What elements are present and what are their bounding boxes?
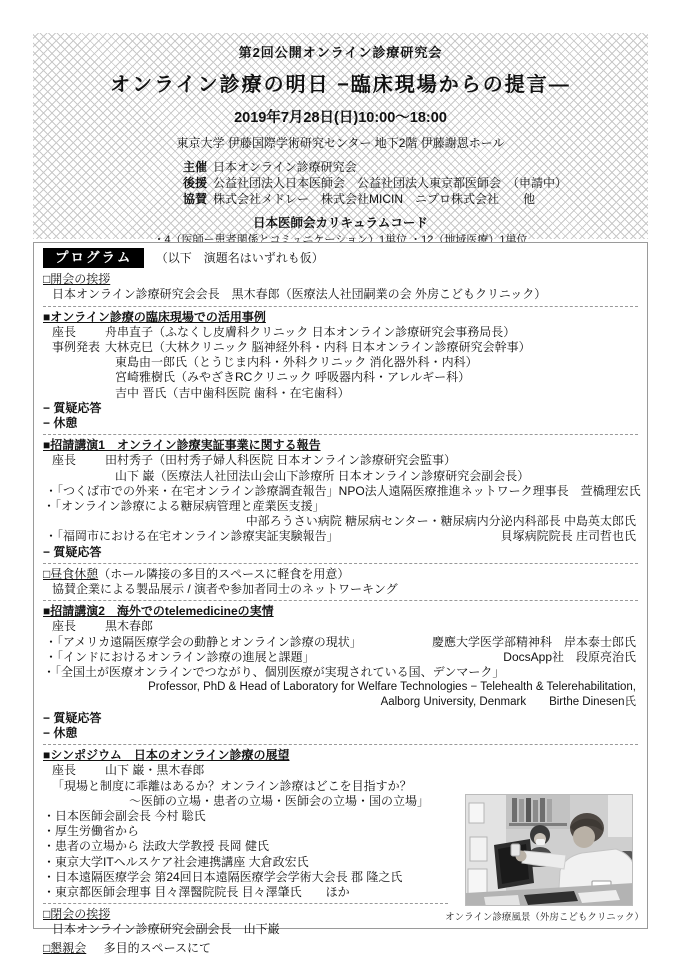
lecture1-talk-3: ・「福岡市における在宅オンライン診療実証実験報告」 貝塚病院院長 庄司哲也氏 bbox=[43, 529, 638, 544]
event-series: 第2回公開オンライン診療研究会 bbox=[33, 42, 648, 61]
reception-row: □懇親会 多目的スペースにて bbox=[43, 941, 638, 956]
header: 第2回公開オンライン診療研究会 オンライン診療の明日 −臨床現場からの提言― 2… bbox=[33, 33, 648, 239]
lecture2-chair-row: 座長 黒木春郎 bbox=[43, 619, 638, 634]
section-divider bbox=[43, 600, 638, 601]
opening-speaker: 日本オンライン診療研究会会長 黒木春郎（医療法人社団嗣業の会 外房こどもクリニッ… bbox=[43, 287, 638, 302]
lecture2-chair: 黒木春郎 bbox=[105, 619, 153, 634]
event-title: オンライン診療の明日 −臨床現場からの提言― bbox=[33, 68, 648, 97]
program-badge: プログラム bbox=[43, 248, 144, 268]
lecture1-chair-2: 山下 巌（医療法人社団法山会山下診療所 日本オンライン診療研究会副会長） bbox=[43, 469, 638, 484]
symposium-theme-1: 「現場と制度に乖離はあるか？オンライン診療はどこを目指すか？ bbox=[43, 779, 638, 794]
event-flyer-page: 第2回公開オンライン診療研究会 オンライン診療の明日 −臨床現場からの提言― 2… bbox=[0, 0, 678, 960]
lecture2-talk-2: ・「インドにおけるオンライン診療の進展と課題」 DocsApp社 段原亮治氏 bbox=[43, 650, 638, 665]
talk-speaker: DocsApp社 段原亮治氏 bbox=[503, 650, 636, 665]
opening-heading: □開会の挨拶 bbox=[43, 272, 638, 287]
reception-detail: 多目的スペースにて bbox=[104, 941, 211, 955]
symposium-chair: 山下 巌・黒木春郎 bbox=[105, 763, 204, 778]
section-divider-short bbox=[43, 903, 448, 904]
cases-speaker-1: 大林克巳（大林クリニック 脳神経外科・内科 日本オンライン診療研究会幹事） bbox=[105, 340, 531, 355]
support-value: 公益社団法人日本医師会 公益社団法人東京都医師会 （申請中） bbox=[213, 176, 567, 190]
case-presentation-label: 事例発表 bbox=[43, 340, 105, 355]
cases-chair: 舟串直子（ふなくし皮膚科クリニック 日本オンライン診療研究会事務局長） bbox=[105, 325, 515, 340]
sponsor-label: 協賛 bbox=[183, 192, 207, 206]
talk-speaker: 貝塚病院院長 庄司哲也氏 bbox=[501, 529, 636, 544]
support-label: 後援 bbox=[183, 176, 207, 190]
lecture1-chair-1: 田村秀子（田村秀子婦人科医院 日本オンライン診療研究会監事） bbox=[105, 453, 456, 468]
support-line: 後援公益社団法人日本医師会 公益社団法人東京都医師会 （申請中） bbox=[183, 175, 613, 191]
chair-label: 座長 bbox=[43, 763, 105, 778]
chair-label: 座長 bbox=[43, 453, 105, 468]
chair-label: 座長 bbox=[43, 619, 105, 634]
lecture1-heading: ■招請講演1 オンライン診療実証事業に関する報告 bbox=[43, 438, 638, 453]
program-badge-note: （以下 演題名はいずれも仮） bbox=[156, 251, 324, 265]
cases-heading: ■オンライン診療の臨床現場での活用事例 bbox=[43, 310, 638, 325]
break-line: − 休憩 bbox=[43, 416, 638, 431]
photo-caption: オンライン診療風景（外房こどもクリニック） bbox=[442, 910, 647, 925]
symposium-chair-row: 座長 山下 巌・黒木春郎 bbox=[43, 763, 638, 778]
lunch-heading-row: □昼食休憩（ホール隣接の多目的スペースに軽食を用意） bbox=[43, 567, 638, 582]
lecture1-chair-row: 座長 田村秀子（田村秀子婦人科医院 日本オンライン診療研究会監事） bbox=[43, 453, 638, 468]
event-venue: 東京大学 伊藤国際学術研究センター 地下2階 伊藤謝恩ホール bbox=[33, 134, 648, 151]
symposium-heading: ■シンポジウム 日本のオンライン診療の展望 bbox=[43, 748, 638, 763]
talk-speaker: NPO法人遠隔医療推進ネットワーク理事長 萱橋理宏氏 bbox=[339, 484, 641, 499]
lecture1-talk-2-speaker: 中部ろうさい病院 糖尿病センター・糖尿病内分泌内科部長 中島英太郎氏 bbox=[43, 514, 638, 529]
lecture2-talk-1: ・「アメリカ遠隔医療学会の動静とオンライン診療の現状」 慶應大学医学部精神科 岸… bbox=[43, 635, 638, 650]
talk-title: ・「福岡市における在宅オンライン診療実証実験報告」 bbox=[45, 529, 339, 544]
qa-line: − 質疑応答 bbox=[43, 401, 638, 416]
organizer-label: 主催 bbox=[183, 160, 207, 174]
cases-speaker-4: 吉中 晋氏（吉中歯科医院 歯科・在宅歯科） bbox=[43, 386, 638, 401]
lecture2-talk-3-affiliation-2: Aalborg University, Denmark Birthe Dines… bbox=[43, 695, 638, 710]
qa-line: − 質疑応答 bbox=[43, 545, 638, 560]
talk-title: ・「つくば市での外来・在宅オンライン診療調査報告」 bbox=[45, 484, 339, 499]
talk-speaker: 慶應大学医学部精神科 岸本泰士郎氏 bbox=[432, 635, 636, 650]
reception-heading: □懇親会 bbox=[43, 941, 86, 955]
talk-title: ・「インドにおけるオンライン診療の進展と課題」 bbox=[45, 650, 315, 665]
lecture1-talk-1: ・「つくば市での外来・在宅オンライン診療調査報告」 NPO法人遠隔医療推進ネット… bbox=[43, 484, 638, 499]
lunch-heading-note: （ホール隣接の多目的スペースに軽食を用意） bbox=[98, 567, 349, 581]
lecture2-talk-3-affiliation-1: Professor, PhD & Head of Laboratory for … bbox=[43, 680, 638, 695]
event-datetime: 2019年7月28日(日)10:00〜18:00 bbox=[33, 106, 648, 127]
program-box: プログラム （以下 演題名はいずれも仮） □開会の挨拶 日本オンライン診療研究会… bbox=[33, 242, 648, 929]
break-line: − 休憩 bbox=[43, 726, 638, 741]
cases-chair-row: 座長 舟串直子（ふなくし皮膚科クリニック 日本オンライン診療研究会事務局長） bbox=[43, 325, 638, 340]
lecture2-heading: ■招請講演2 海外でのtelemedicineの実情 bbox=[43, 604, 638, 619]
program-badge-row: プログラム （以下 演題名はいずれも仮） bbox=[43, 248, 638, 268]
section-divider bbox=[43, 744, 638, 745]
organizer-line: 主催日本オンライン診療研究会 bbox=[183, 159, 613, 175]
section-divider bbox=[43, 434, 638, 435]
cases-speaker-2: 東島由一郎氏（とうじま内科・外科クリニック 消化器外科・内科） bbox=[43, 355, 638, 370]
section-divider bbox=[43, 563, 638, 564]
section-divider bbox=[43, 306, 638, 307]
organizer-value: 日本オンライン診療研究会 bbox=[213, 160, 357, 174]
chair-label: 座長 bbox=[43, 325, 105, 340]
sponsor-value: 株式会社メドレー 株式会社MICIN ニプロ株式会社 他 bbox=[213, 192, 535, 206]
lecture1-talk-2-title: ・「オンライン診療による糖尿病管理と産業医支援」 bbox=[43, 499, 638, 514]
credits-block: 主催日本オンライン診療研究会 後援公益社団法人日本医師会 公益社団法人東京都医師… bbox=[183, 159, 613, 207]
curriculum-title: 日本医師会カリキュラムコード bbox=[33, 213, 648, 231]
sponsor-line: 協賛株式会社メドレー 株式会社MICIN ニプロ株式会社 他 bbox=[183, 191, 613, 207]
qa-line: − 質疑応答 bbox=[43, 711, 638, 726]
cases-speaker-3: 宮崎雅樹氏（みやざきRCクリニック 呼吸器内科・アレルギー科） bbox=[43, 370, 638, 385]
clinic-photo-image bbox=[466, 795, 633, 906]
cases-speaker-row-1: 事例発表 大林克巳（大林クリニック 脳神経外科・内科 日本オンライン診療研究会幹… bbox=[43, 340, 638, 355]
lunch-detail: 協賛企業による製品展示 / 演者や参加者同士のネットワーキング bbox=[43, 582, 638, 597]
lunch-heading: □昼食休憩 bbox=[43, 567, 98, 581]
lecture2-talk-3-title: ・「全国土が医療オンラインでつながり、個別医療が実現されている国、デンマーク」 bbox=[43, 665, 638, 680]
talk-title: ・「アメリカ遠隔医療学会の動静とオンライン診療の現状」 bbox=[45, 635, 362, 650]
clinic-photo bbox=[465, 794, 633, 906]
